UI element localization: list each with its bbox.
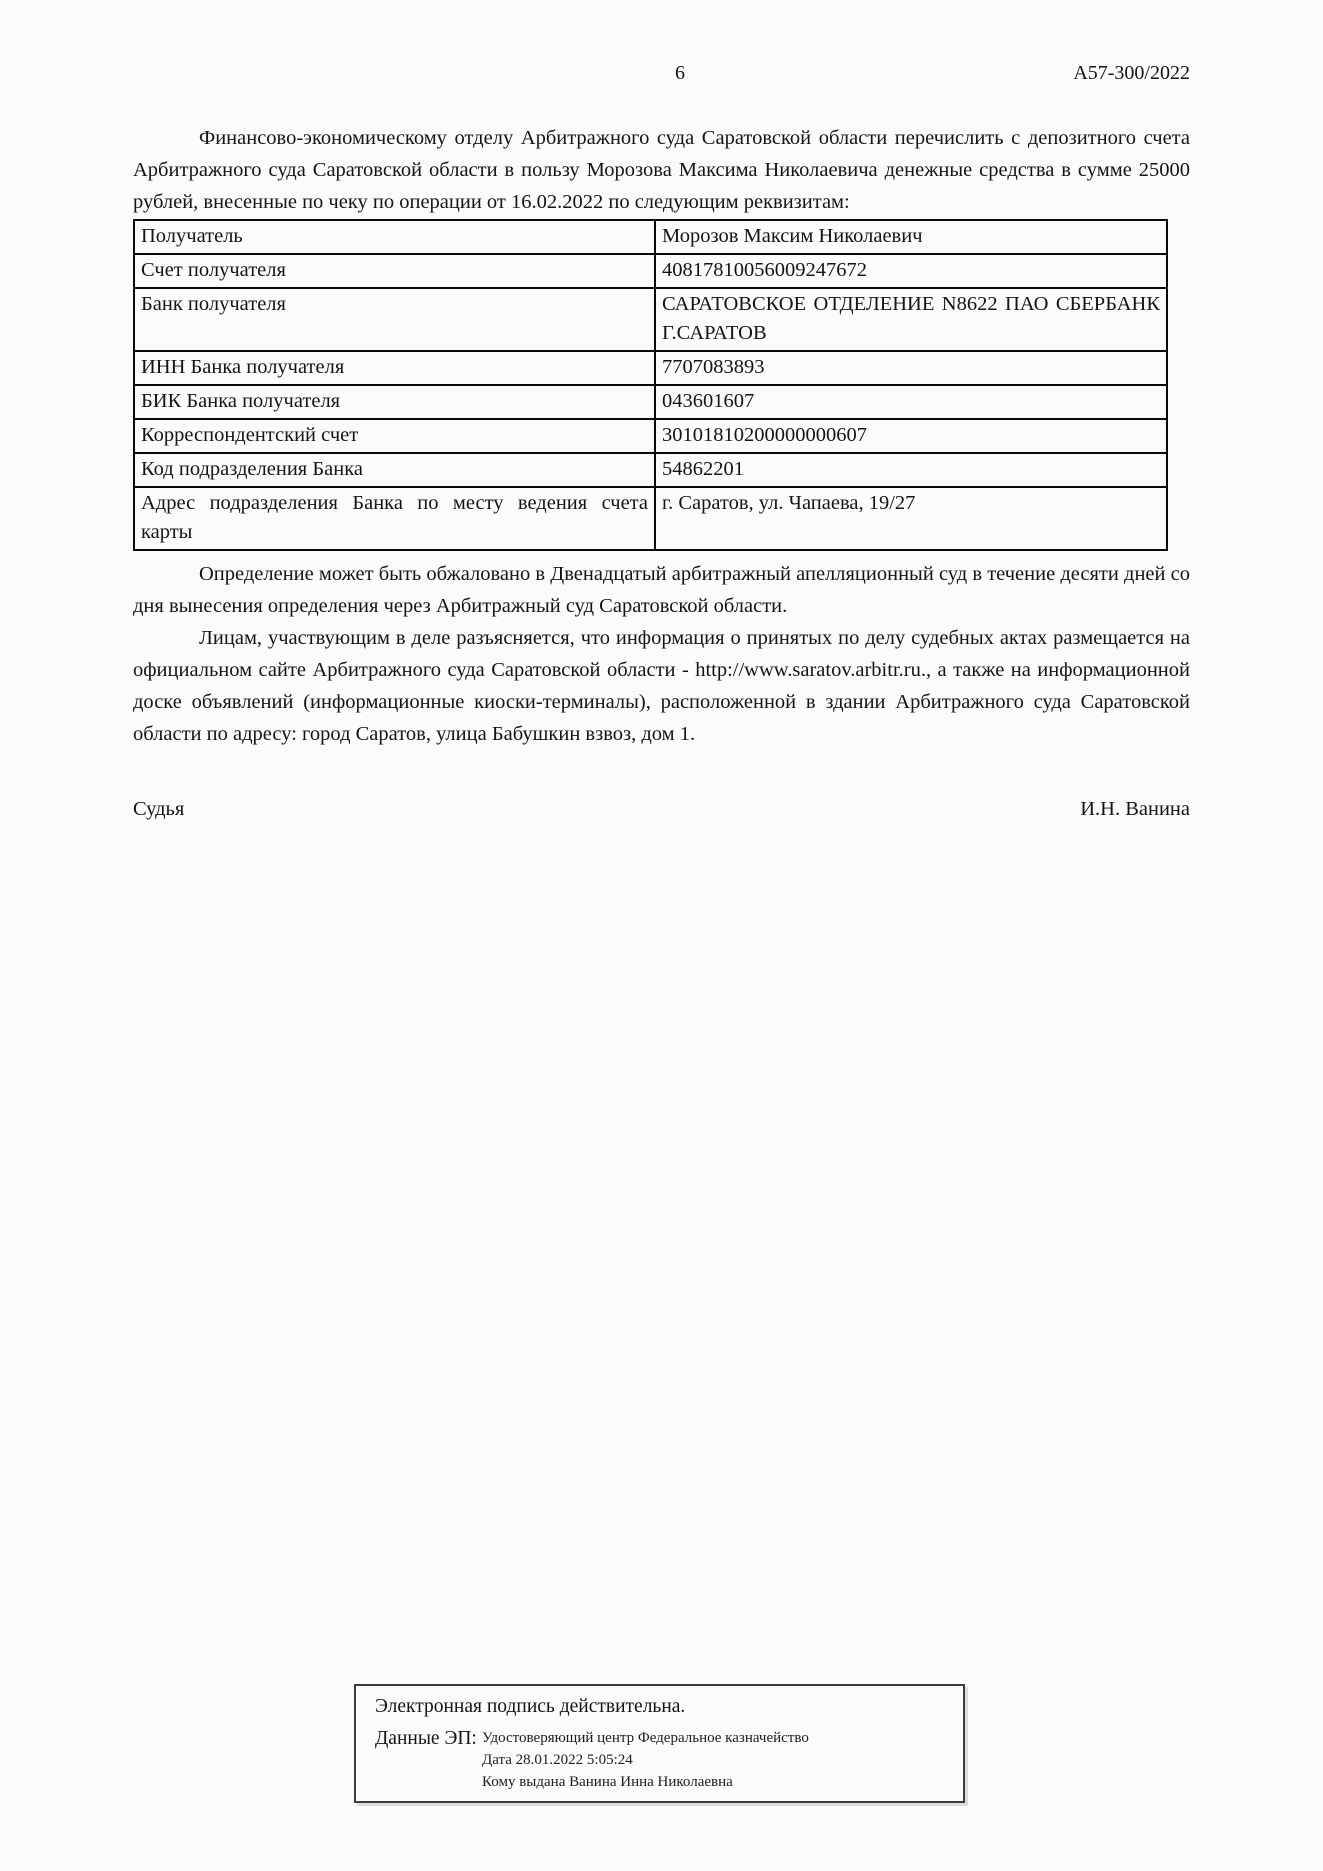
table-row: Корреспондентский счет 30101810200000000…: [134, 419, 1167, 453]
table-row: ИНН Банка получателя 7707083893: [134, 351, 1167, 385]
judge-name: И.Н. Ванина: [1080, 798, 1190, 821]
document-body: Финансово-экономическому отделу Арбитраж…: [133, 122, 1190, 821]
bank-requisites-table: Получатель Морозов Максим Николаевич Сче…: [133, 219, 1168, 551]
requisite-label: ИНН Банка получателя: [134, 351, 655, 385]
esign-data-label: Данные ЭП:: [375, 1727, 482, 1793]
document-page: 6 А57-300/2022 Финансово-экономическому …: [0, 0, 1323, 1871]
esign-date: Дата 28.01.2022 5:05:24: [482, 1749, 809, 1771]
paragraph-appeal: Определение может быть обжаловано в Двен…: [133, 558, 1190, 622]
requisite-value: 043601607: [655, 385, 1167, 419]
table-row: Код подразделения Банка 54862201: [134, 453, 1167, 487]
paragraph-info: Лицам, участвующим в деле разъясняется, …: [133, 622, 1190, 750]
requisite-label: Счет получателя: [134, 254, 655, 288]
requisite-label: Адрес подразделения Банка по месту веден…: [134, 487, 655, 550]
requisite-label: Банк получателя: [134, 288, 655, 351]
requisite-value: 54862201: [655, 453, 1167, 487]
requisite-label: Код подразделения Банка: [134, 453, 655, 487]
case-number: А57-300/2022: [1073, 62, 1190, 85]
table-row: Получатель Морозов Максим Николаевич: [134, 220, 1167, 254]
esign-valid-text: Электронная подпись действительна.: [375, 1694, 949, 1720]
table-row: Банк получателя САРАТОВСКОЕ ОТДЕЛЕНИЕ N8…: [134, 288, 1167, 351]
requisite-value: Морозов Максим Николаевич: [655, 220, 1167, 254]
requisite-label: Получатель: [134, 220, 655, 254]
requisite-value: 7707083893: [655, 351, 1167, 385]
esign-issued-to: Кому выдана Ванина Инна Николаевна: [482, 1771, 809, 1793]
table-row: Адрес подразделения Банка по месту веден…: [134, 487, 1167, 550]
electronic-signature-stamp: Электронная подпись действительна. Данны…: [354, 1684, 965, 1803]
signature-row: Судья И.Н. Ванина: [133, 798, 1190, 821]
requisite-label: Корреспондентский счет: [134, 419, 655, 453]
requisite-value: САРАТОВСКОЕ ОТДЕЛЕНИЕ N8622 ПАО СБЕРБАНК…: [655, 288, 1167, 351]
esign-authority: Удостоверяющий центр Федеральное казначе…: [482, 1727, 809, 1749]
judge-role-label: Судья: [133, 798, 184, 821]
requisite-label: БИК Банка получателя: [134, 385, 655, 419]
requisite-value: 40817810056009247672: [655, 254, 1167, 288]
esign-data-row: Данные ЭП: Удостоверяющий центр Федераль…: [375, 1727, 949, 1793]
table-row: Счет получателя 40817810056009247672: [134, 254, 1167, 288]
requisite-value: 30101810200000000607: [655, 419, 1167, 453]
esign-details: Удостоверяющий центр Федеральное казначе…: [482, 1727, 809, 1793]
paragraph-transfer-order: Финансово-экономическому отделу Арбитраж…: [133, 122, 1190, 218]
table-row: БИК Банка получателя 043601607: [134, 385, 1167, 419]
requisite-value: г. Саратов, ул. Чапаева, 19/27: [655, 487, 1167, 550]
